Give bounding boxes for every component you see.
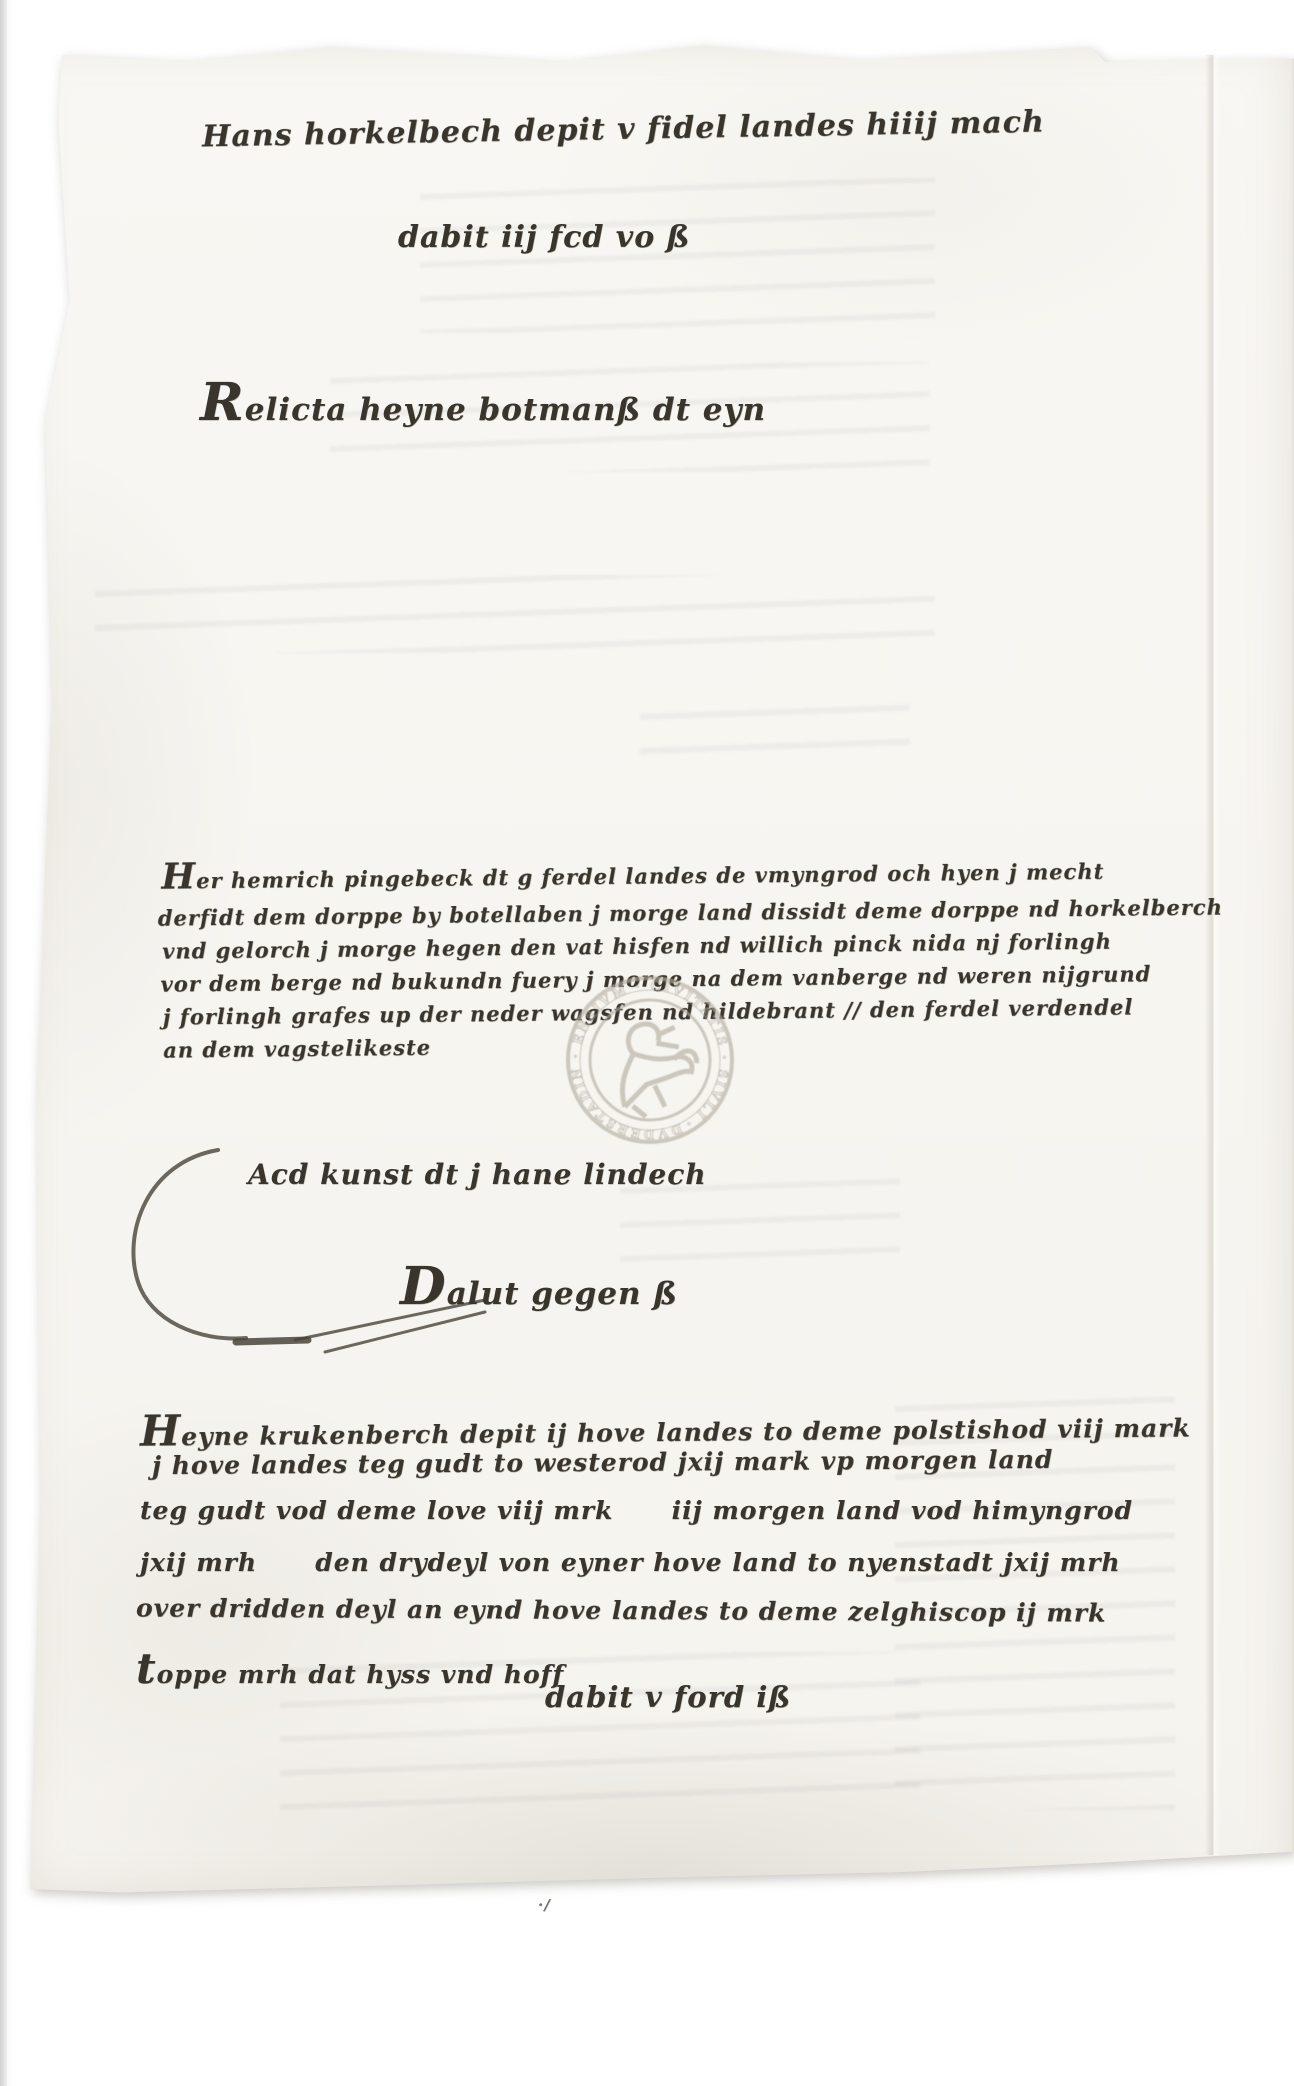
- relicta-line: Relicta heyne botmanß dt eyn: [200, 372, 766, 433]
- paragraph-2-line: over dridden deyl an eynd hove landes to…: [136, 1593, 1107, 1627]
- paragraph-2-line: toppe mrh dat hyss vnd hoff: [136, 1644, 564, 1694]
- city-seal-stamp: DVDERSTADIN · ENSIVM · CIVITATIS · SIVLI…: [538, 948, 762, 1172]
- datum-line-1: Dalut gegen ß: [400, 1256, 678, 1317]
- paragraph-1-line: derfidt dem dorppe by botellaben j morge…: [158, 894, 1223, 930]
- paragraph-2-line: teg gudt vod deme love viij mrk iij morg…: [140, 1496, 1133, 1525]
- scanned-manuscript-page: Hans horkelbech depit v fidel landes hii…: [0, 0, 1294, 2086]
- heading-line-2: dabit iij fcd vo ß: [398, 220, 690, 255]
- bottom-mark: ·/: [538, 1896, 551, 1914]
- paragraph-2-line: jxij mrh den drydeyl von eyner hove land…: [140, 1548, 1121, 1577]
- margin-note: Acd kunst dt j hane lindech: [248, 1158, 707, 1191]
- datum-line-2: dabit v ford iß: [545, 1680, 791, 1714]
